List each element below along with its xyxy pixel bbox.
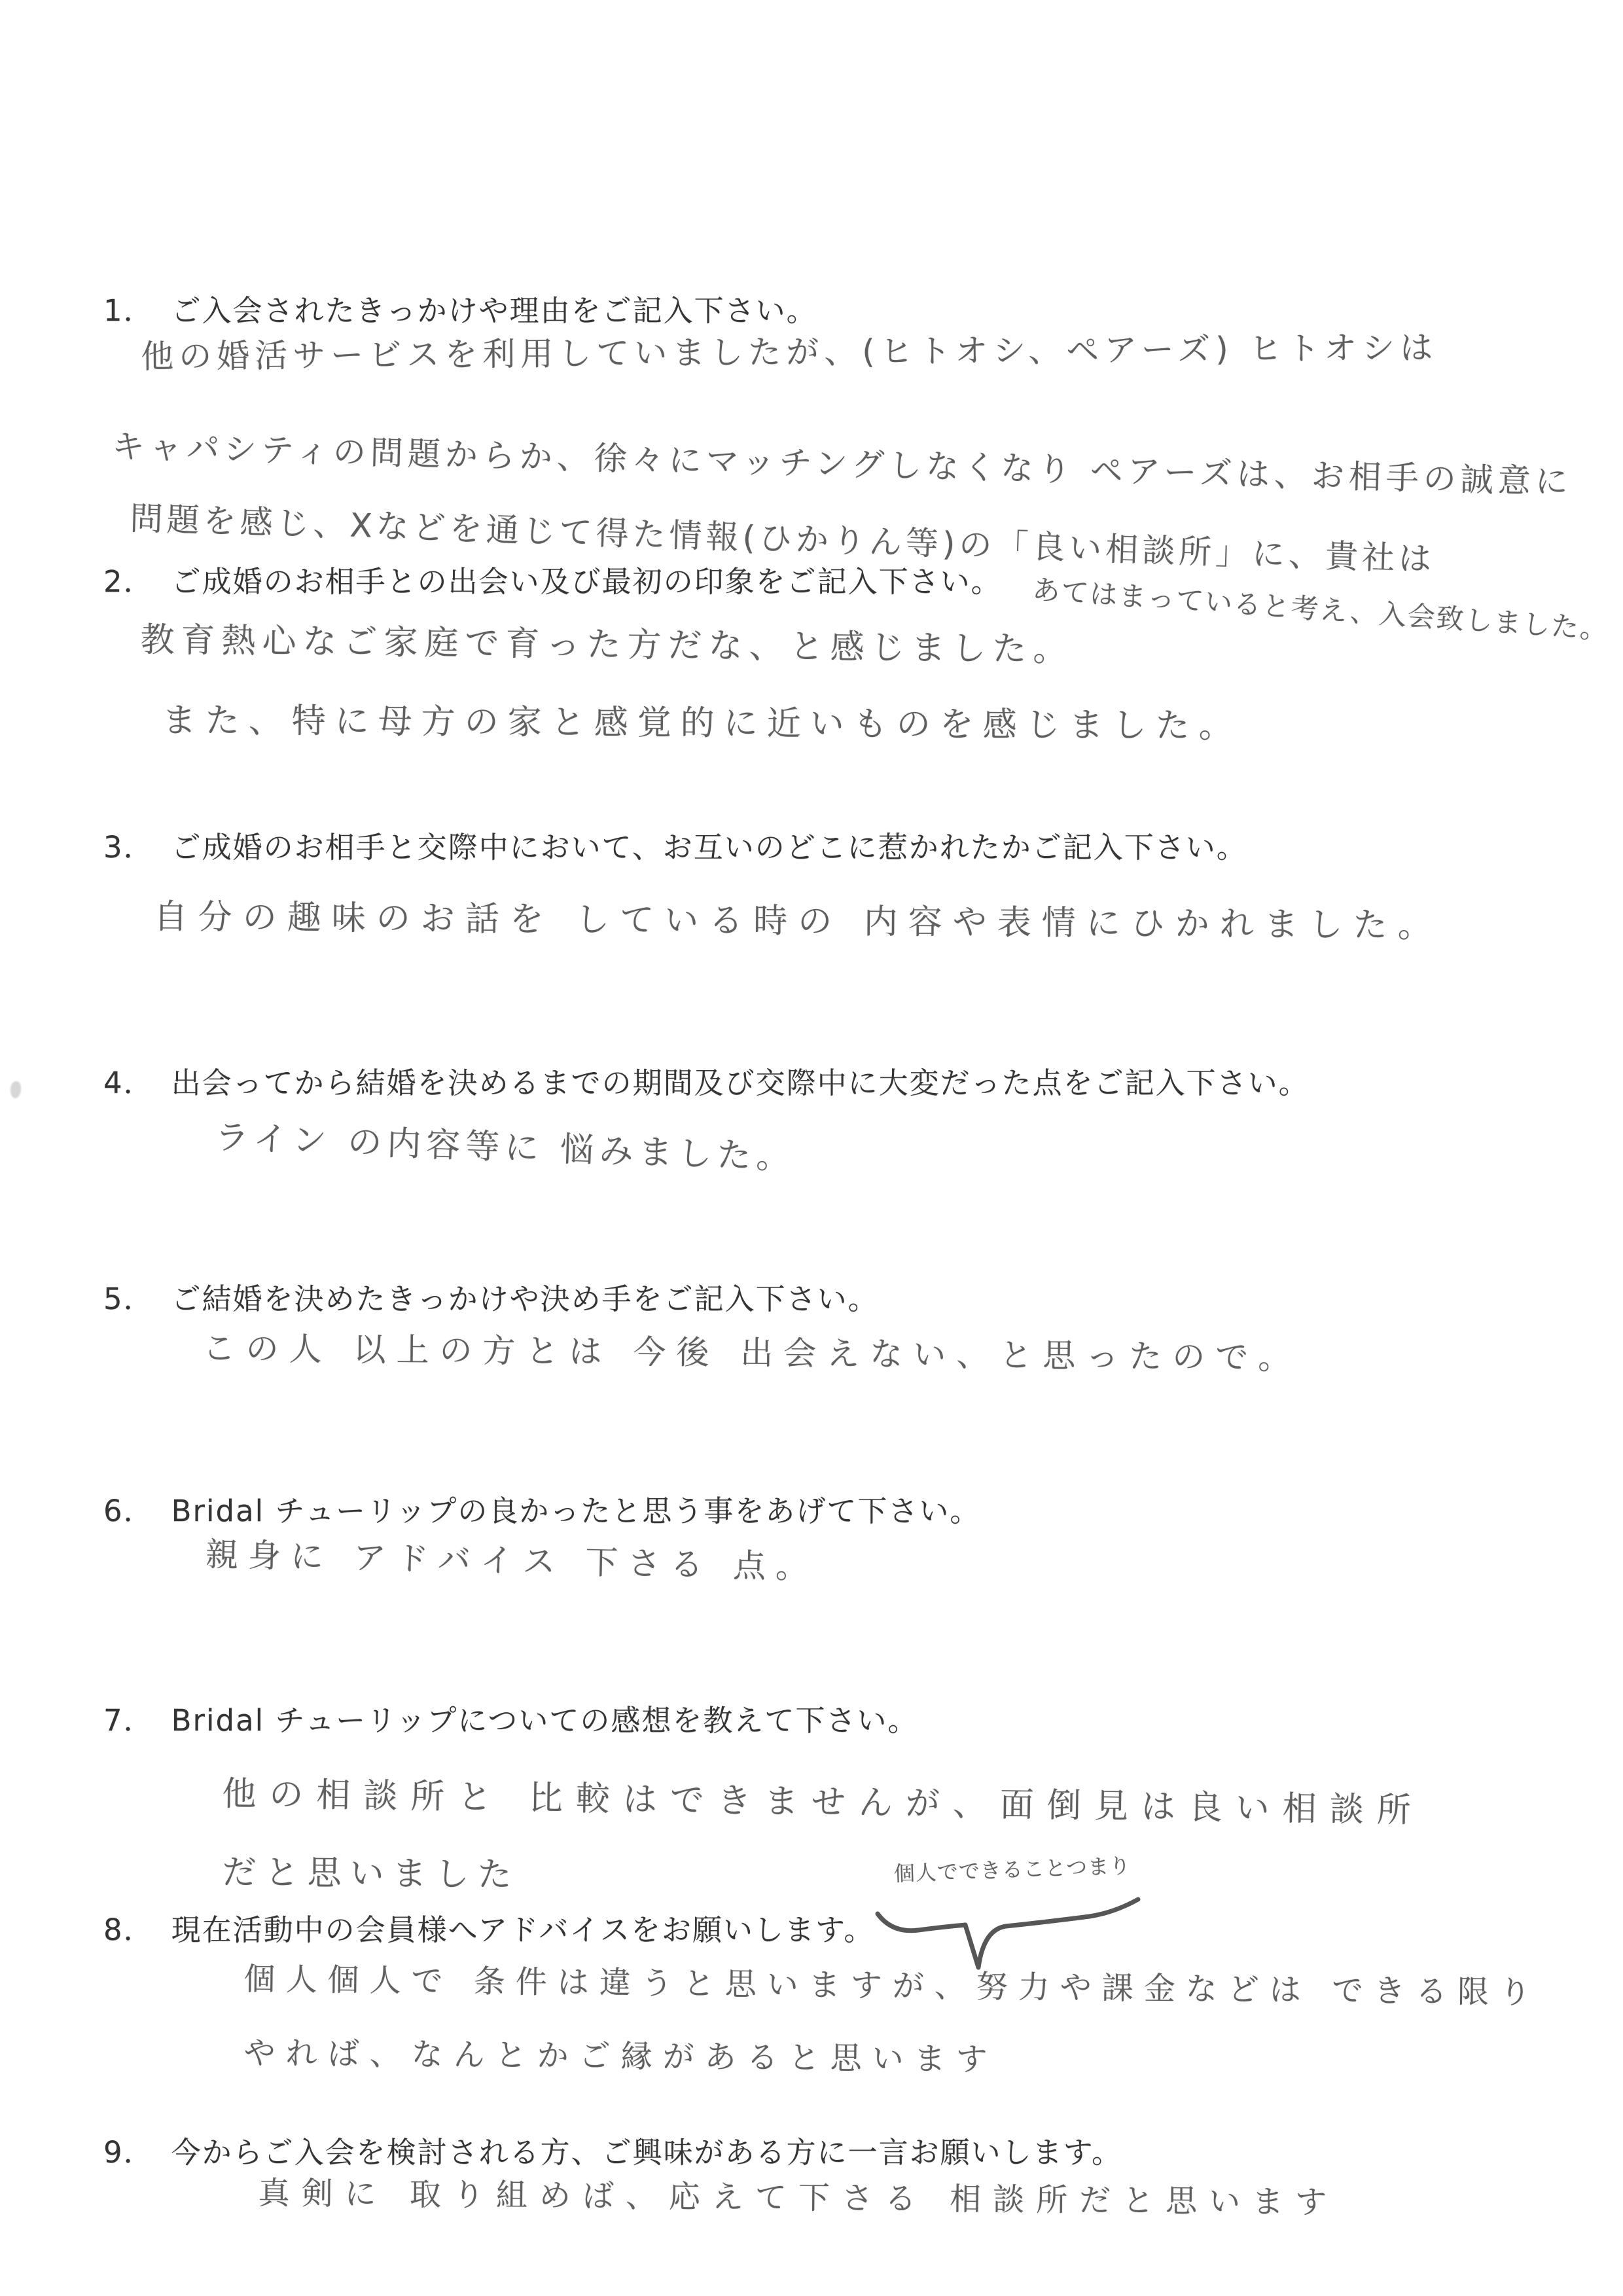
question-6-text: Bridal チューリップの良かったと思う事をあげて下さい。: [171, 1487, 981, 1530]
question-7-text: Bridal チューリップについての感想を教えて下さい。: [171, 1696, 919, 1739]
question-8-text: 現在活動中の会員様へアドバイスをお願いします。: [171, 1906, 875, 1948]
question-2: 2． ご成婚のお相手との出会い及び最初の印象をご記入下さい。: [103, 558, 1002, 600]
question-6-number: 6．: [103, 1487, 154, 1530]
answer-1-line-1: 他の婚活サービスを利用していましたが、(ヒトオシ、ペアーズ) ヒトオシは: [141, 321, 1438, 378]
question-7-number: 7．: [103, 1696, 154, 1739]
answer-7-line-1: 他の相談所と 比較はできませんが、面倒見は良い相談所: [222, 1766, 1424, 1832]
answer-1-line-4: あてはまっていると考え、入会致しました。: [1031, 568, 1611, 647]
question-9: 9． 今からご入会を検討される方、ご興味がある方に一言お願いします。: [103, 2128, 1122, 2171]
answer-3-line-1: 自分の趣味のお話を している時の 内容や表情にひかれました。: [153, 889, 1442, 947]
answer-8-line-2: やれば、なんとかご縁があると思います: [243, 2028, 998, 2079]
question-4: 4． 出会ってから結婚を決めるまでの期間及び交際中に大変だった点をご記入下さい。: [103, 1059, 1310, 1102]
question-1-number: 1．: [103, 287, 154, 329]
question-4-text: 出会ってから結婚を決めるまでの期間及び交際中に大変だった点をご記入下さい。: [171, 1059, 1310, 1102]
answer-5-line-1: この人 以上の方とは 今後 出会えない、と思ったので。: [202, 1322, 1301, 1379]
question-9-text: 今からご入会を検討される方、ご興味がある方に一言お願いします。: [171, 2128, 1122, 2171]
question-5: 5． ご結婚を決めたきっかけや決め手をご記入下さい。: [103, 1275, 879, 1318]
question-6: 6． Bridal チューリップの良かったと思う事をあげて下さい。: [103, 1487, 980, 1530]
question-3-number: 3．: [103, 823, 154, 866]
question-7: 7． Bridal チューリップについての感想を教えて下さい。: [103, 1696, 918, 1739]
answer-7-line-2: だと思いました: [222, 1844, 520, 1896]
answer-9-line-1: 真剣に 取り組めば、応えて下さる 相談所だと思います: [258, 2168, 1338, 2222]
question-2-number: 2．: [103, 558, 154, 600]
answer-4-line-1: ライン の内容等に 悩みました。: [214, 1109, 796, 1179]
scanned-questionnaire-page: 1． ご入会されたきっかけや理由をご記入下さい。 他の婚活サービスを利用していま…: [0, 0, 1623, 2296]
question-1-text: ご入会されたきっかけや理由をご記入下さい。: [171, 287, 817, 329]
question-8: 8． 現在活動中の会員様へアドバイスをお願いします。: [103, 1906, 874, 1948]
scan-smudge: [10, 1081, 21, 1098]
question-5-number: 5．: [103, 1275, 154, 1318]
question-1: 1． ご入会されたきっかけや理由をご記入下さい。: [103, 287, 817, 329]
question-3-text: ご成婚のお相手と交際中において、お互いのどこに惹かれたかご記入下さい。: [171, 823, 1247, 866]
answer-1-line-2: キャパシティの問題からか、徐々にマッチングしなくなり ペアーズは、お相手の誠意に: [111, 420, 1573, 503]
question-5-text: ご結婚を決めたきっかけや決め手をご記入下さい。: [171, 1275, 879, 1318]
answer-8-annotation: 個人でできることつまり: [893, 1849, 1132, 1888]
question-2-text: ご成婚のお相手との出会い及び最初の印象をご記入下さい。: [171, 558, 1002, 600]
answer-6-line-1: 親身に アドバイス 下さる 点。: [205, 1528, 818, 1588]
answer-2-line-1: 教育熱心なご家庭で育った方だな、と感じました。: [140, 612, 1074, 671]
question-3: 3． ご成婚のお相手と交際中において、お互いのどこに惹かれたかご記入下さい。: [103, 823, 1247, 866]
answer-2-line-2: また、特に母方の家と感覚的に近いものを感じました。: [162, 692, 1242, 747]
answer-8-line-1: 個人個人で 条件は違うと思いますが、努力や課金などは できる限り: [243, 1954, 1541, 2013]
question-8-number: 8．: [103, 1906, 154, 1948]
question-4-number: 4．: [103, 1059, 154, 1102]
question-9-number: 9．: [103, 2128, 154, 2171]
